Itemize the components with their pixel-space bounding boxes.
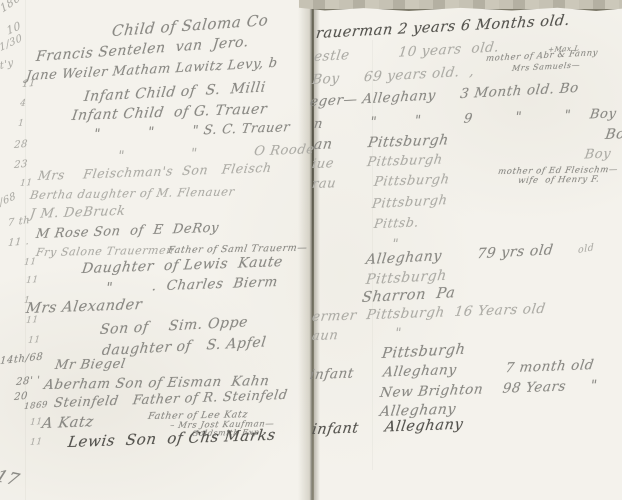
margin-note: 28' ' <box>16 376 41 388</box>
handwritten-line: A Katz <box>41 415 95 431</box>
margin-note: 1869 <box>24 401 49 412</box>
handwritten-line: Boy 69 years old. , <box>311 65 475 87</box>
handwritten-line: Infant Child of S. Milli <box>83 80 267 104</box>
handwritten-line: Lewis Son of Chs Marks <box>67 428 277 450</box>
margin-note: 11 <box>28 336 41 346</box>
handwritten-line: estle 10 years old. <box>313 41 500 64</box>
handwritten-line: Mrs Fleischman's Son Fleisch <box>37 162 272 183</box>
handwritten-line: New Brighton 98 Years " <box>379 379 598 400</box>
handwritten-line: Son of Sim. Oppe <box>99 315 249 337</box>
handwritten-line: " " " S. C. Trauer <box>93 121 291 141</box>
handwritten-line: M Rose Son of E DeRoy <box>35 222 220 241</box>
handwritten-line: Pittsburgh <box>381 343 466 362</box>
handwritten-line: Mr Biegel <box>54 358 127 372</box>
handwritten-line: ermer Pittsburgh 16 Years old <box>311 303 547 325</box>
handwritten-line: Pittsburgh <box>365 269 448 287</box>
handwritten-line: mother of Abr & Fanny <box>485 49 598 63</box>
torn-paper-edge-top <box>299 0 622 11</box>
margin-note: 11 <box>26 276 39 286</box>
handwritten-line: rau Pittsburgh <box>311 173 450 191</box>
margin-note: /68 <box>0 192 18 209</box>
scanned-register-spread: 1867101/30t'y1141282311/687 th11 .111111… <box>0 0 622 500</box>
handwritten-line: " <box>391 238 400 251</box>
handwritten-line: rauerman 2 years 6 Months old. <box>315 14 571 42</box>
handwritten-line: Sharron Pa <box>361 286 456 306</box>
margin-note: 1 <box>18 119 25 129</box>
handwritten-line: Bertha daughter of M. Flenauer <box>29 186 235 201</box>
handwritten-line: old <box>578 243 594 256</box>
margin-note: 4 <box>20 99 27 109</box>
handwritten-line: Pittsburgh <box>371 194 448 211</box>
handwritten-line: J M. DeBruck <box>29 205 126 221</box>
handwritten-line: " " O Roode <box>117 143 315 163</box>
margin-note: t'y <box>0 58 14 72</box>
margin-note: 23 <box>14 160 29 171</box>
margin-note: 11 . <box>8 237 30 249</box>
margin-note: 14th/68 <box>0 352 44 367</box>
handwritten-line: Mrs Alexander <box>25 298 143 317</box>
handwritten-line: Father of Saml Trauerm— <box>167 244 308 256</box>
handwritten-line: aun " <box>311 327 402 343</box>
handwritten-line: Pittsb. <box>373 216 420 230</box>
handwritten-line: " . Charles Bierm <box>105 276 279 296</box>
margin-note: 1/30 <box>0 34 24 54</box>
margin-note: 11 <box>24 258 37 268</box>
margin-note: 28 <box>14 140 29 151</box>
handwritten-line: wife of Henry F. <box>517 176 600 186</box>
handwritten-line: Infant Child of G. Trauer <box>71 102 268 123</box>
handwritten-line: infant Alleghany <box>311 418 464 438</box>
handwritten-line: Mrs Samuels— <box>512 61 581 73</box>
margin-note: 11 <box>30 438 43 448</box>
margin-note: 11 <box>26 316 39 326</box>
margin-note: 17 <box>0 468 22 489</box>
handwritten-line: Daughter of Lewis Kaute <box>81 255 284 276</box>
margin-note: 7 th <box>8 216 31 229</box>
handwritten-line: Fry Salone Trauermen <box>35 245 175 258</box>
handwritten-line: daughter of S. Apfel <box>101 335 267 358</box>
